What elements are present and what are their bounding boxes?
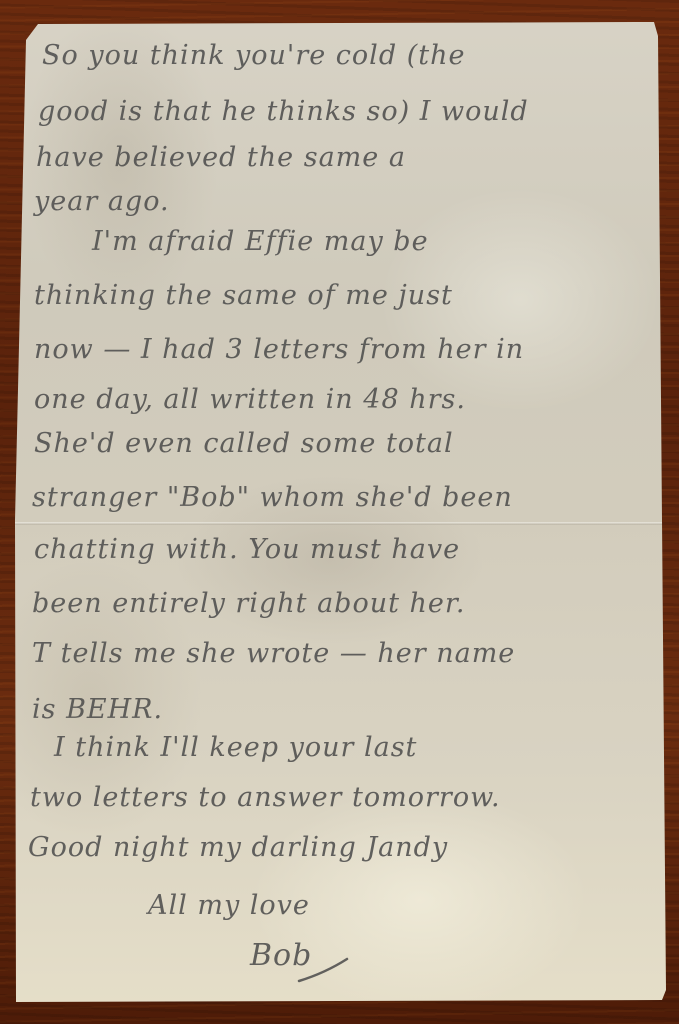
- letter-line-12: been entirely right about her.: [32, 588, 465, 619]
- letter-line-5: I'm afraid Effie may be: [92, 226, 429, 257]
- letter-line-6: thinking the same of me just: [34, 280, 453, 311]
- paper-fold-crease: [15, 522, 665, 525]
- letter-line-1: So you think you're cold (the: [42, 40, 465, 71]
- letter-line-17: Good night my darling Jandy: [28, 832, 448, 863]
- letter-line-7: now — I had 3 letters from her in: [34, 334, 524, 365]
- letter-line-13: T tells me she wrote — her name: [32, 638, 515, 669]
- letter-line-2: good is that he thinks so) I would: [38, 96, 529, 127]
- letter-line-16: two letters to answer tomorrow.: [30, 782, 501, 813]
- letter-paper: So you think you're cold (the good is th…: [0, 0, 679, 1024]
- letter-line-9: She'd even called some total: [34, 428, 454, 459]
- letter-line-11: chatting with. You must have: [34, 534, 460, 565]
- letter-closing: All my love: [148, 890, 310, 921]
- letter-line-4: year ago.: [34, 186, 170, 217]
- signature-flourish-icon: [295, 955, 355, 985]
- letter-line-8: one day, all written in 48 hrs.: [34, 384, 466, 415]
- letter-line-10: stranger "Bob" whom she'd been: [32, 482, 513, 513]
- letter-line-14: is BEHR.: [32, 694, 163, 725]
- letter-line-3: have believed the same a: [36, 142, 406, 173]
- letter-line-15: I think I'll keep your last: [54, 732, 417, 763]
